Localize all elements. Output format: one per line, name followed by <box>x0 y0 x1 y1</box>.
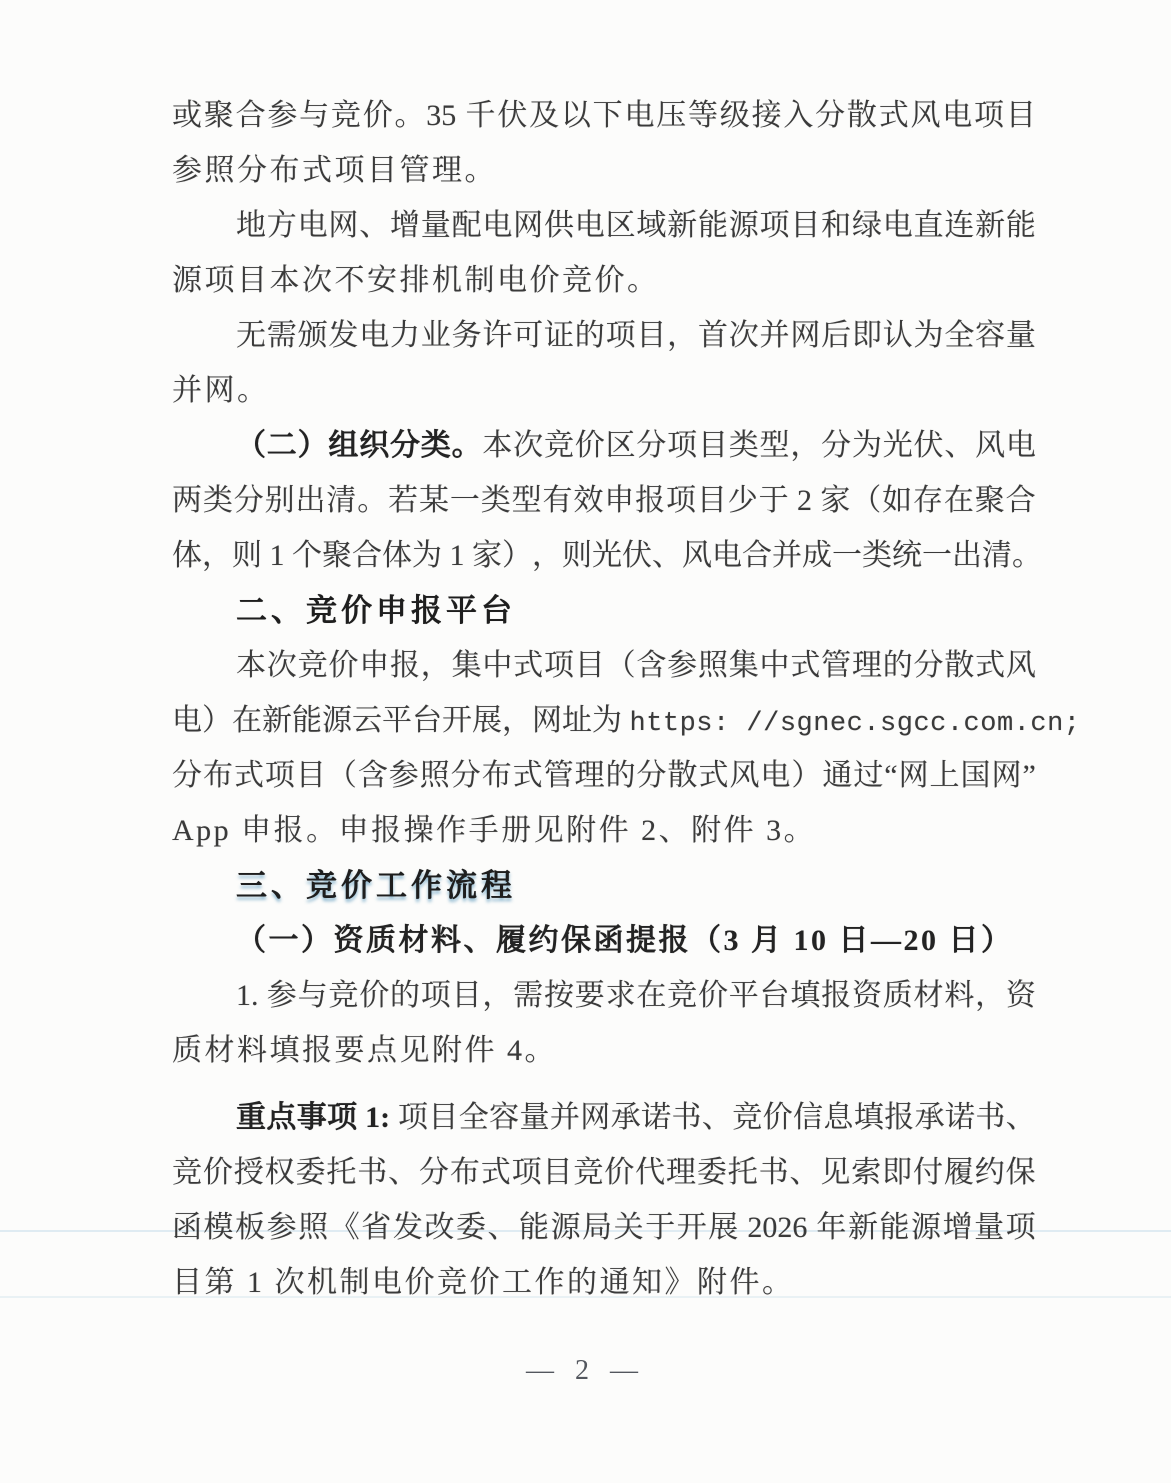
text-line: 电）在新能源云平台开展，网址为 https: //sgnec.sgcc.com.… <box>172 693 1036 748</box>
text-line: 源项目本次不安排机制电价竞价。 <box>172 253 1036 308</box>
document-body: 或聚合参与竞价。35 千伏及以下电压等级接入分散式风电项目参照分布式项目管理。地… <box>172 88 1036 1310</box>
subsection-heading: （一）资质材料、履约保函提报（3 月 10 日—20 日） <box>172 913 1036 968</box>
text-line: 重点事项 1: 项目全容量并网承诺书、竞价信息填报承诺书、 <box>172 1090 1036 1145</box>
page-number: — 2 — <box>0 1355 1171 1387</box>
section-heading: 二、竞价申报平台 <box>172 583 1036 638</box>
text-line: 无需颁发电力业务许可证的项目，首次并网后即认为全容量 <box>172 308 1036 363</box>
text-line: 1. 参与竞价的项目，需按要求在竞价平台填报资质材料，资 <box>172 968 1036 1023</box>
text-line: App 申报。申报操作手册见附件 2、附件 3。 <box>172 803 1036 858</box>
text-line: （二）组织分类。本次竞价区分项目类型，分为光伏、风电 <box>172 418 1036 473</box>
text-line: 函模板参照《省发改委、能源局关于开展 2026 年新能源增量项 <box>172 1200 1036 1255</box>
text-line: 或聚合参与竞价。35 千伏及以下电压等级接入分散式风电项目 <box>172 88 1036 143</box>
text-line: 质材料填报要点见附件 4。 <box>172 1023 1036 1078</box>
document-page: 或聚合参与竞价。35 千伏及以下电压等级接入分散式风电项目参照分布式项目管理。地… <box>0 0 1171 1483</box>
text-line: 参照分布式项目管理。 <box>172 143 1036 198</box>
text-line: 并网。 <box>172 363 1036 418</box>
text-line: 目第 1 次机制电价竞价工作的通知》附件。 <box>172 1255 1036 1310</box>
text-line: 竞价授权委托书、分布式项目竞价代理委托书、见索即付履约保 <box>172 1145 1036 1200</box>
text-line: 地方电网、增量配电网供电区域新能源项目和绿电直连新能 <box>172 198 1036 253</box>
text-line: 分布式项目（含参照分布式管理的分散式风电）通过“网上国网” <box>172 748 1036 803</box>
text-line: 本次竞价申报，集中式项目（含参照集中式管理的分散式风 <box>172 638 1036 693</box>
text-line: 两类分别出清。若某一类型有效申报项目少于 2 家（如存在聚合 <box>172 473 1036 528</box>
section-heading: 三、竞价工作流程 <box>172 858 1036 913</box>
text-line: 体，则 1 个聚合体为 1 家），则光伏、风电合并成一类统一出清。 <box>172 528 1036 583</box>
